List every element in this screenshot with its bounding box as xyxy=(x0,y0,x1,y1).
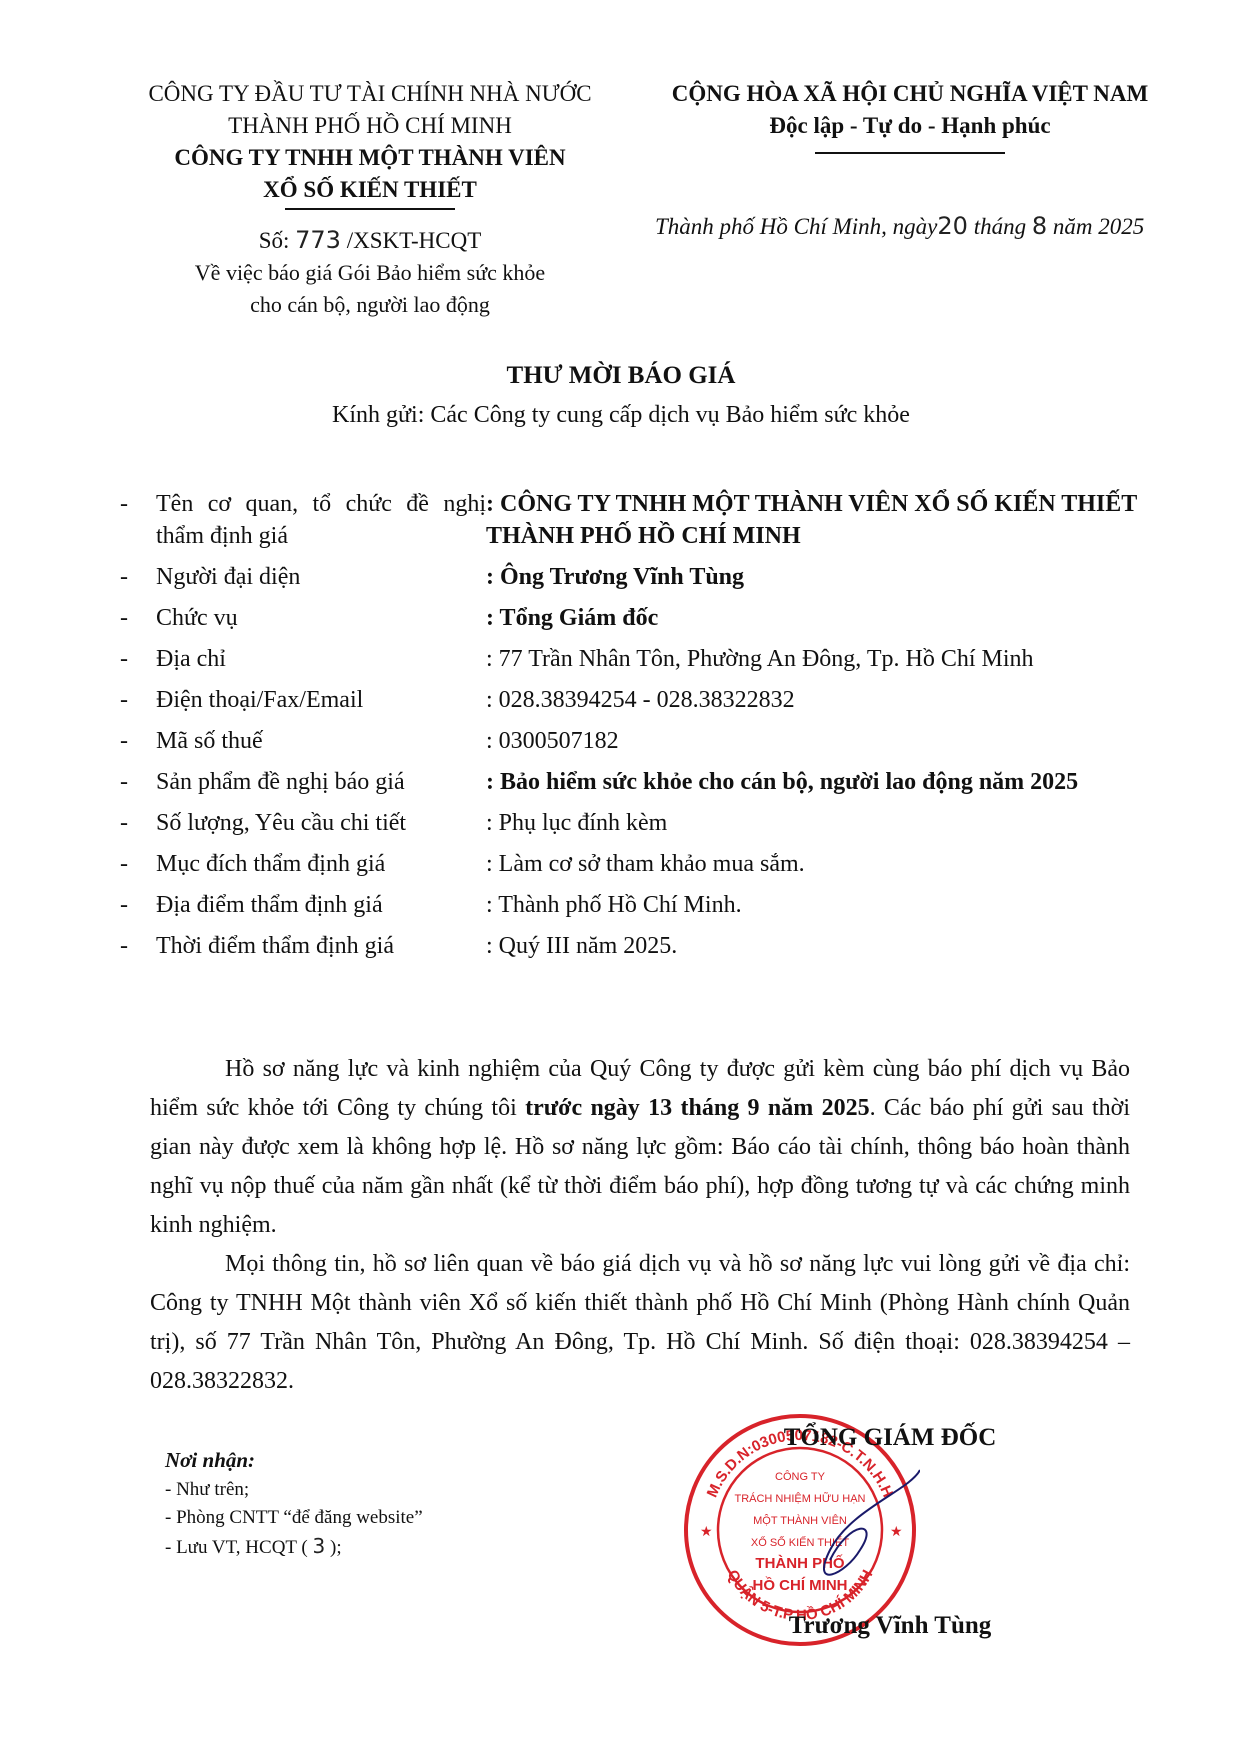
national-header: CỘNG HÒA XÃ HỘI CHỦ NGHĨA VIỆT NAM Độc l… xyxy=(640,78,1180,154)
info-value: : CÔNG TY TNHH MỘT THÀNH VIÊN XỔ SỐ KIẾN… xyxy=(486,488,1180,552)
info-row: - Chức vụ : Tổng Giám đốc xyxy=(120,602,1180,634)
info-label: Tên cơ quan, tổ chức đề nghị thẩm định g… xyxy=(156,488,486,552)
handwritten-number: 773 xyxy=(295,226,341,254)
handwritten-day: 20 xyxy=(937,212,968,240)
info-value: : Ông Trương Vĩnh Tùng xyxy=(486,561,1180,593)
info-label: Chức vụ xyxy=(156,602,486,634)
info-row: - Tên cơ quan, tổ chức đề nghị thẩm định… xyxy=(120,488,1180,552)
parent-org-line1: CÔNG TY ĐẦU TƯ TÀI CHÍNH NHÀ NƯỚC xyxy=(110,78,630,110)
info-label: Sản phẩm đề nghị báo giá xyxy=(156,766,486,798)
document-number: Số: 773 /XSKT-HCQT xyxy=(110,224,630,257)
signer-position: TỔNG GIÁM ĐỐC xyxy=(740,1424,1040,1452)
info-row: - Địa điểm thẩm định giá : Thành phố Hồ … xyxy=(120,889,1180,921)
company-name-line2: XỔ SỐ KIẾN THIẾT xyxy=(110,174,630,206)
national-motto: Độc lập - Tự do - Hạnh phúc xyxy=(640,110,1180,142)
issuer-block: CÔNG TY ĐẦU TƯ TÀI CHÍNH NHÀ NƯỚC THÀNH … xyxy=(110,78,630,321)
info-list: - Tên cơ quan, tổ chức đề nghị thẩm định… xyxy=(120,488,1180,971)
info-label: Người đại diện xyxy=(156,561,486,593)
recipients-heading: Nơi nhận: xyxy=(165,1446,423,1474)
handwritten-count: 3 xyxy=(313,1534,326,1558)
subject-line1: Về việc báo giá Gói Bảo hiểm sức khỏe xyxy=(110,257,630,289)
info-value: : Bảo hiểm sức khỏe cho cán bộ, người la… xyxy=(486,766,1180,798)
svg-text:MỘT THÀNH VIÊN: MỘT THÀNH VIÊN xyxy=(753,1514,847,1527)
info-value: : Tổng Giám đốc xyxy=(486,602,1180,634)
info-row: - Số lượng, Yêu cầu chi tiết : Phụ lục đ… xyxy=(120,807,1180,839)
info-label: Địa điểm thẩm định giá xyxy=(156,889,486,921)
info-value: : 77 Trần Nhân Tôn, Phường An Đông, Tp. … xyxy=(486,643,1180,675)
svg-text:★: ★ xyxy=(890,1525,903,1540)
parent-org-line2: THÀNH PHỐ HỒ CHÍ MINH xyxy=(110,110,630,142)
divider xyxy=(285,208,455,210)
info-row: - Mã số thuế : 0300507182 xyxy=(120,725,1180,757)
recipient-item: - Như trên; xyxy=(165,1476,423,1504)
national-title: CỘNG HÒA XÃ HỘI CHỦ NGHĨA VIỆT NAM xyxy=(640,78,1180,110)
info-row: - Mục đích thẩm định giá : Làm cơ sở tha… xyxy=(120,848,1180,880)
info-label: Điện thoại/Fax/Email xyxy=(156,684,486,716)
info-value: : Thành phố Hồ Chí Minh. xyxy=(486,889,1180,921)
document-title: THƯ MỜI BÁO GIÁ xyxy=(0,362,1242,390)
subject-line2: cho cán bộ, người lao động xyxy=(110,289,630,321)
info-value: : 028.38394254 - 028.38322832 xyxy=(486,684,1180,716)
info-label: Mục đích thẩm định giá xyxy=(156,848,486,880)
signer-name: Trương Vĩnh Tùng xyxy=(740,1612,1040,1640)
date-line: Thành phố Hồ Chí Minh, ngày20 tháng 8 nă… xyxy=(655,212,1144,240)
deadline: trước ngày 13 tháng 9 năm 2025 xyxy=(525,1095,869,1121)
svg-text:★: ★ xyxy=(700,1525,713,1540)
recipient-item: - Phòng CNTT “để đăng website” xyxy=(165,1504,423,1532)
info-value: : Làm cơ sở tham khảo mua sắm. xyxy=(486,848,1180,880)
body-paragraph-1: Hồ sơ năng lực và kinh nghiệm của Quý Cô… xyxy=(150,1050,1130,1245)
info-row: - Địa chỉ : 77 Trần Nhân Tôn, Phường An … xyxy=(120,643,1180,675)
info-row: - Thời điểm thẩm định giá : Quý III năm … xyxy=(120,930,1180,962)
recipient-item: - Lưu VT, HCQT ( 3 ); xyxy=(165,1532,423,1562)
info-row: - Điện thoại/Fax/Email : 028.38394254 - … xyxy=(120,684,1180,716)
info-label: Số lượng, Yêu cầu chi tiết xyxy=(156,807,486,839)
info-label: Mã số thuế xyxy=(156,725,486,757)
handwritten-month: 8 xyxy=(1032,212,1047,240)
info-row: - Sản phẩm đề nghị báo giá : Bảo hiểm sứ… xyxy=(120,766,1180,798)
info-label: Địa chỉ xyxy=(156,643,486,675)
body-paragraph-2: Mọi thông tin, hồ sơ liên quan về báo gi… xyxy=(150,1245,1130,1401)
info-value: : 0300507182 xyxy=(486,725,1180,757)
divider xyxy=(815,152,1005,154)
svg-text:HỒ CHÍ MINH: HỒ CHÍ MINH xyxy=(753,1576,848,1594)
company-name-line1: CÔNG TY TNHH MỘT THÀNH VIÊN xyxy=(110,142,630,174)
info-row: - Người đại diện : Ông Trương Vĩnh Tùng xyxy=(120,561,1180,593)
info-label: Thời điểm thẩm định giá xyxy=(156,930,486,962)
recipients: Nơi nhận: - Như trên; - Phòng CNTT “để đ… xyxy=(165,1446,423,1562)
svg-text:CÔNG TY: CÔNG TY xyxy=(775,1470,826,1483)
greeting: Kính gửi: Các Công ty cung cấp dịch vụ B… xyxy=(0,402,1242,429)
info-value: : Phụ lục đính kèm xyxy=(486,807,1180,839)
svg-text:TRÁCH NHIỆM HỮU HẠN: TRÁCH NHIỆM HỮU HẠN xyxy=(734,1492,865,1505)
info-value: : Quý III năm 2025. xyxy=(486,930,1180,962)
